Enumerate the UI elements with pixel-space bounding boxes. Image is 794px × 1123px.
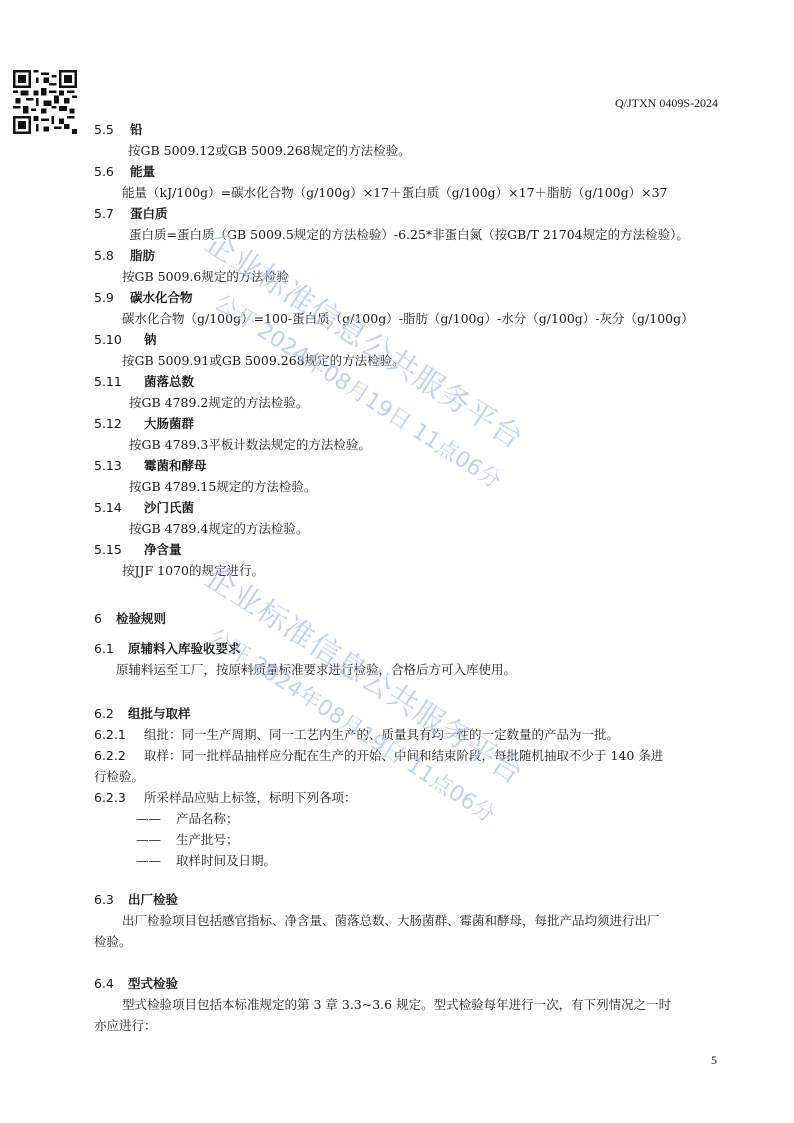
section-body-5-7: 蛋白质=蛋白质（GB 5009.5规定的方法检验）-6.25*非蛋白氮（按GB/… (129, 227, 689, 243)
page-number: 5 (711, 1053, 717, 1068)
chapter-heading-6: 6检验规则 (94, 611, 166, 627)
section-body-6-4: 型式检验项目包括本标准规定的第 3 章 3.3~3.6 规定。型式检验每年进行一… (122, 997, 671, 1013)
clause-6-2-2-continued: 行检验。 (94, 769, 144, 785)
section-body-6-3: 出厂检验项目包括感官指标、净含量、菌落总数、大肠菌群、霉菌和酵母，每批产品均须进… (122, 913, 660, 929)
section-heading-5-11: 5.11菌落总数 (94, 374, 194, 390)
section-heading-6-3: 6.3出厂检验 (94, 892, 178, 908)
document-code: Q/JTXN 0409S-2024 (615, 96, 718, 111)
section-heading-5-9: 5.9碳水化合物 (94, 290, 193, 306)
list-item: ——产品名称； (136, 811, 239, 827)
section-body-5-5: 按GB 5009.12或GB 5009.268规定的方法检验。 (128, 143, 411, 159)
section-body-5-15: 按JJF 1070的规定进行。 (122, 563, 264, 579)
clause-6-2-2: 6.2.2取样：同一批样品抽样应分配在生产的开始、中间和结束阶段，每批随机抽取不… (94, 748, 663, 764)
section-heading-5-7: 5.7蛋白质 (94, 206, 168, 222)
section-heading-5-13: 5.13霉菌和酵母 (94, 458, 207, 474)
section-body-5-10: 按GB 5009.91或GB 5009.268规定的方法检验。 (122, 353, 405, 369)
section-body-5-13: 按GB 4789.15规定的方法检验。 (129, 479, 316, 495)
section-body-6-3-continued: 检验。 (94, 934, 132, 950)
section-body-5-12: 按GB 4789.3平板计数法规定的方法检验。 (129, 437, 371, 453)
section-heading-6-4: 6.4型式检验 (94, 976, 178, 992)
section-body-5-9: 碳水化合物（g/100g）=100-蛋白质（g/100g）-脂肪（g/100g）… (122, 311, 694, 327)
section-heading-5-6: 5.6能量 (94, 164, 155, 180)
section-body-5-6: 能量（kJ/100g）=碳水化合物（g/100g）×17＋蛋白质（g/100g）… (122, 185, 668, 201)
section-body-6-4-continued: 亦应进行： (94, 1018, 157, 1034)
section-body-5-11: 按GB 4789.2规定的方法检验。 (129, 395, 308, 411)
section-heading-5-10: 5.10钠 (94, 332, 157, 348)
clause-6-2-1: 6.2.1组批：同一生产周期、同一工艺内生产的、质量具有均一性的一定数量的产品为… (94, 727, 619, 743)
section-heading-5-14: 5.14沙门氏菌 (94, 500, 194, 516)
section-heading-6-1: 6.1原辅料入库验收要求 (94, 641, 241, 657)
list-item: ——取样时间及日期。 (136, 853, 276, 869)
dash-bullet: —— (136, 811, 176, 827)
section-heading-5-12: 5.12大肠菌群 (94, 416, 194, 432)
section-body-6-1: 原辅料运至工厂，按原料质量标准要求进行检验，合格后方可入库使用。 (116, 662, 516, 678)
watermark-platform: 企业标准信息公共服务平台 (198, 218, 534, 458)
dash-bullet: —— (136, 853, 176, 869)
list-item: ——生产批号； (136, 832, 239, 848)
clause-6-2-3: 6.2.3所采样品应贴上标签，标明下列各项： (94, 790, 357, 806)
section-heading-5-5: 5.5铅 (94, 122, 143, 138)
section-heading-6-2: 6.2组批与取样 (94, 706, 191, 722)
dash-bullet: —— (136, 832, 176, 848)
qr-code-icon (13, 70, 77, 134)
section-body-5-8: 按GB 5009.6规定的方法检验 (122, 269, 289, 285)
section-body-5-14: 按GB 4789.4规定的方法检验。 (129, 521, 308, 537)
section-heading-5-15: 5.15净含量 (94, 542, 182, 558)
section-heading-5-8: 5.8脂肪 (94, 248, 155, 264)
